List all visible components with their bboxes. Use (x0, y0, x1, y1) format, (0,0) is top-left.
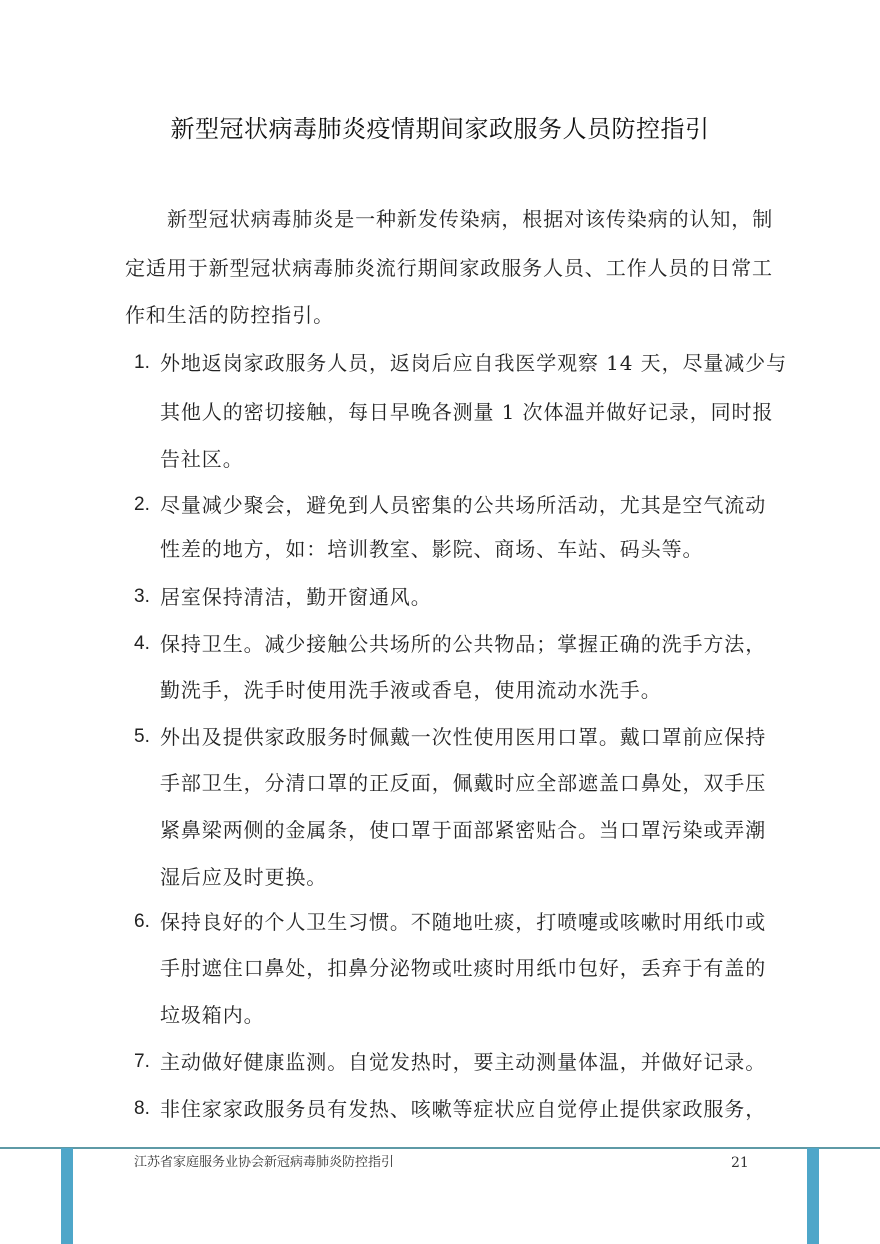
list-item-line: 勤洗手，洗手时使用洗手液或香皂，使用流动水洗手。 (160, 676, 662, 704)
intro-line: 作和生活的防控指引。 (125, 301, 334, 329)
list-item-line: 性差的地方，如：培训教室、影院、商场、车站、码头等。 (160, 535, 703, 563)
list-item-line: 尽量减少聚会，避免到人员密集的公共场所活动，尤其是空气流动 (160, 491, 766, 519)
list-item-line: 湿后应及时更换。 (160, 863, 327, 891)
list-item-line: 其他人的密切接触，每日早晚各测量 1 次体温并做好记录，同时报 (160, 398, 773, 426)
document-title: 新型冠状病毒肺炎疫情期间家政服务人员防控指引 (0, 112, 880, 146)
list-item-line: 保持良好的个人卫生习惯。不随地吐痰，打喷嚏或咳嗽时用纸巾或 (160, 908, 766, 936)
list-item-line: 手肘遮住口鼻处，扣鼻分泌物或吐痰时用纸巾包好，丢弃于有盖的 (160, 954, 766, 982)
list-item-number: 4. (134, 630, 150, 658)
intro-line: 新型冠状病毒肺炎是一种新发传染病，根据对该传染病的认知，制 (167, 205, 773, 233)
footer-title: 江苏省家庭服务业协会新冠病毒肺炎防控指引 (134, 1154, 394, 1172)
list-item-line: 保持卫生。减少接触公共场所的公共物品；掌握正确的洗手方法， (160, 630, 766, 658)
list-item-number: 6. (134, 908, 150, 936)
list-item-line: 紧鼻梁两侧的金属条，使口罩于面部紧密贴合。当口罩污染或弄潮 (160, 816, 766, 844)
list-item-line: 居室保持清洁，勤开窗通风。 (160, 583, 432, 611)
list-item-line: 非住家家政服务员有发热、咳嗽等症状应自觉停止提供家政服务， (160, 1095, 766, 1123)
page-number: 21 (731, 1154, 749, 1172)
footer-left-bar (61, 1148, 73, 1244)
list-item-number: 5. (134, 723, 150, 751)
list-item-line: 手部卫生，分清口罩的正反面，佩戴时应全部遮盖口鼻处，双手压 (160, 769, 766, 797)
list-item-number: 2. (134, 491, 150, 519)
list-item-number: 3. (134, 583, 150, 611)
list-item-line: 垃圾箱内。 (160, 1001, 265, 1029)
intro-line: 定适用于新型冠状病毒肺炎流行期间家政服务人员、工作人员的日常工 (125, 254, 773, 282)
footer-right-bar (807, 1148, 819, 1244)
list-item-number: 8. (134, 1095, 150, 1123)
list-item-line: 主动做好健康监测。自觉发热时，要主动测量体温，并做好记录。 (160, 1048, 766, 1076)
footer-rule (0, 1147, 880, 1149)
list-item-number: 7. (134, 1048, 150, 1076)
list-item-line: 外地返岗家政服务人员，返岗后应自我医学观察 14 天，尽量减少与 (160, 349, 787, 377)
list-item-line: 外出及提供家政服务时佩戴一次性使用医用口罩。戴口罩前应保持 (160, 723, 766, 751)
list-item-line: 告社区。 (160, 445, 244, 473)
list-item-number: 1. (134, 349, 150, 377)
